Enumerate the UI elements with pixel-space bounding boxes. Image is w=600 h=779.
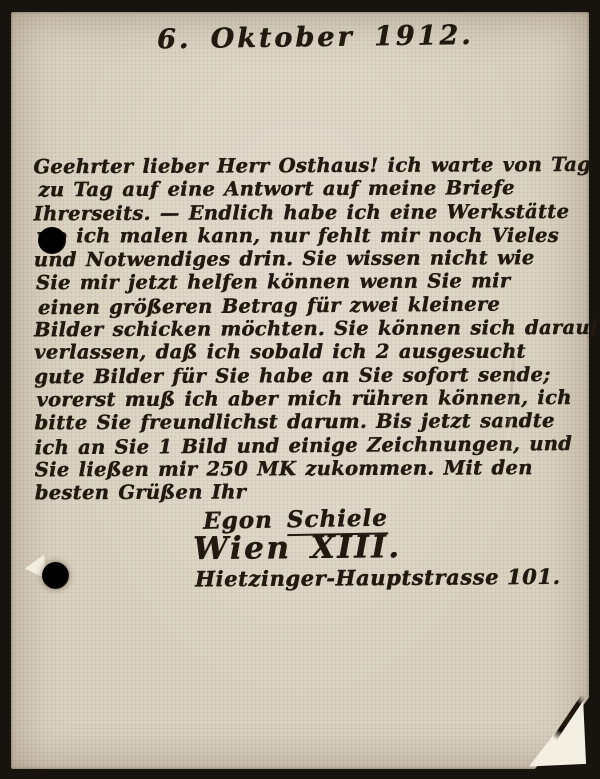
letter-paper: 6. Oktober 1912. Geehrter lieber Herr Os…: [11, 12, 589, 769]
punch-hole-bottom: [42, 562, 69, 589]
letter-line: ich an Sie 1 Bild und einige Zeichnungen…: [34, 431, 574, 459]
letter-line: zu Tag auf eine Antwort auf meine Briefe: [38, 176, 573, 202]
letter-line: Sie ließen mir 250 MK zukommen. Mit den: [35, 456, 575, 482]
letter-line: verlassen, daß ich sobald ich 2 ausgesuc…: [34, 340, 574, 364]
signature-address: Hietzinger-Hauptstrasse 101.: [195, 564, 561, 592]
letter-line: wo ich malen kann, nur fehlt mir noch Vi…: [37, 224, 574, 248]
letter-line: besten Grüßen Ihr: [35, 479, 575, 505]
signature-city: Wien XIII.: [193, 529, 402, 567]
letter-line: Sie mir jetzt helfen können wenn Sie mir: [36, 269, 574, 295]
letter-line: bitte Sie freundlichst darum. Bis jetzt …: [34, 409, 574, 435]
letter-line: vorerst muß ich aber mich rühren können,…: [36, 386, 574, 412]
date-line: 6. Oktober 1912.: [157, 20, 474, 55]
letter-line: einen größeren Betrag für zwei kleinere: [38, 292, 574, 320]
photo-background: 6. Oktober 1912. Geehrter lieber Herr Os…: [0, 0, 600, 779]
punch-hole-top: [38, 227, 66, 254]
corner-tear: [529, 693, 589, 769]
letter-line: Bilder schicken möchten. Sie können sich…: [34, 316, 574, 342]
letter-body: Geehrter lieber Herr Osthaus! ich warte …: [33, 153, 575, 505]
letter-line: Geehrter lieber Herr Osthaus! ich warte …: [33, 153, 573, 179]
letter-line: und Notwendiges drin. Sie wissen nicht w…: [34, 246, 574, 272]
letter-line: Ihrerseits. — Endlich habe ich eine Werk…: [33, 199, 573, 225]
letter-line: gute Bilder für Sie habe an Sie sofort s…: [34, 362, 574, 388]
